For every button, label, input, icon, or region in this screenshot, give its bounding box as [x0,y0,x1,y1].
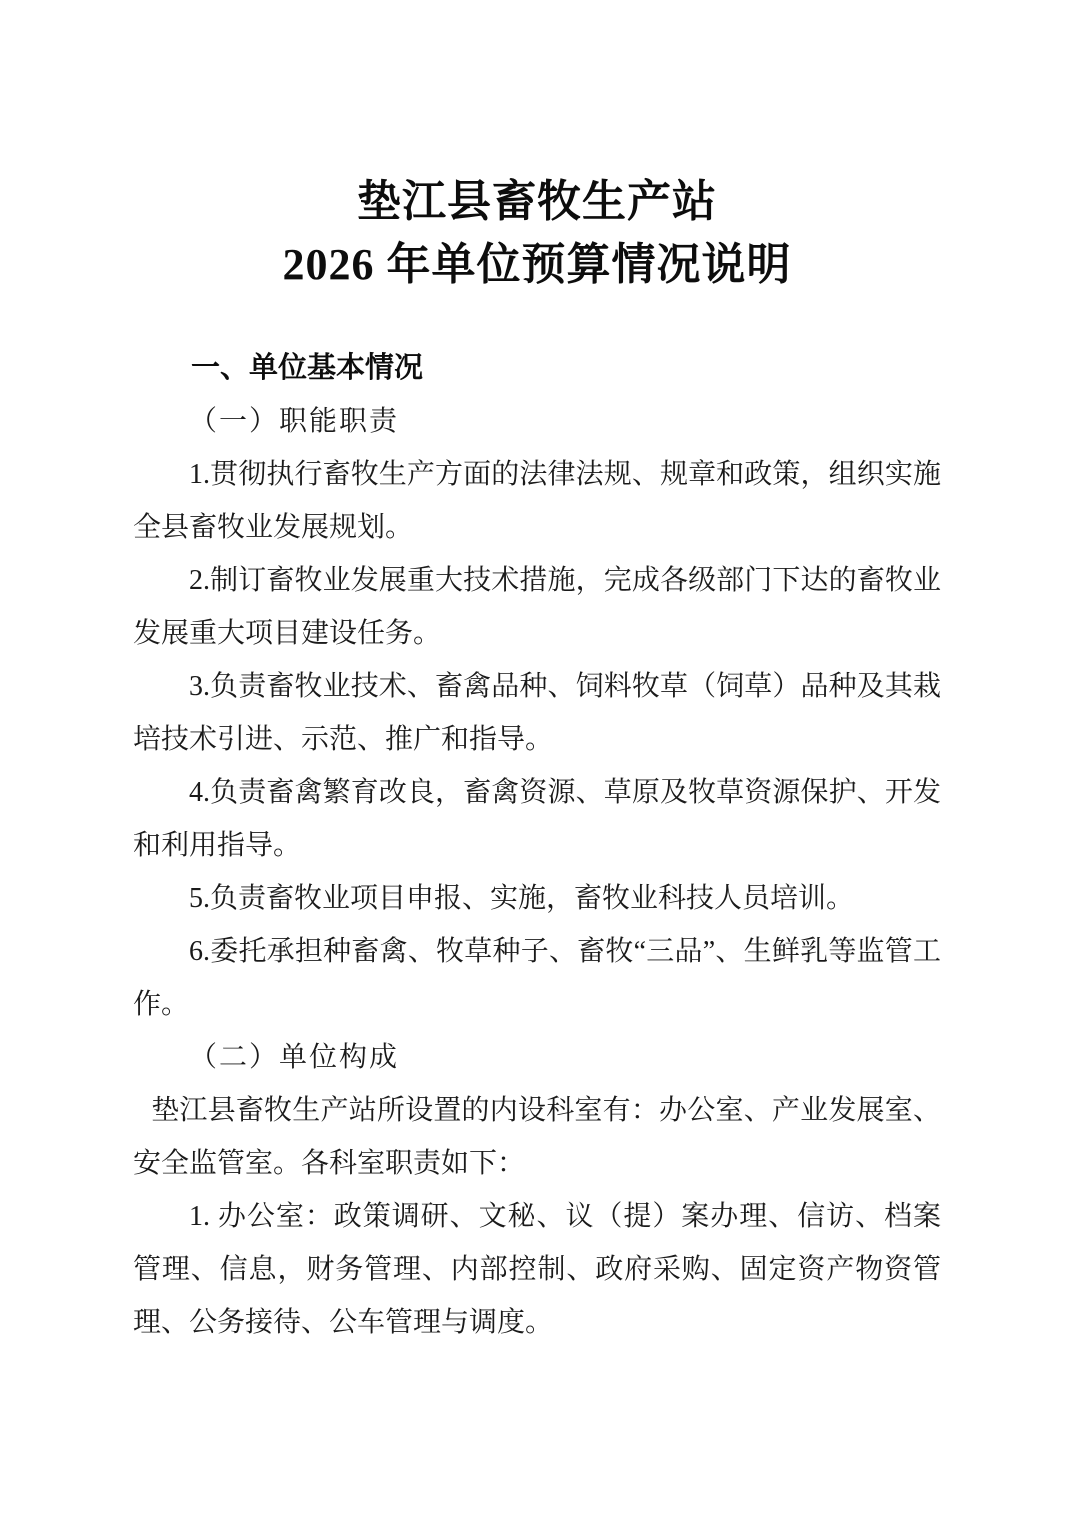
subsection-heading-duties: （一）职能职责 [133,395,941,448]
duty-item-3: 3.负责畜牧业技术、畜禽品种、饲料牧草（饲草）品种及其栽培技术引进、示范、推广和… [133,660,941,766]
duty-item-4: 4.负责畜禽繁育改良，畜禽资源、草原及牧草资源保护、开发和利用指导。 [133,766,941,872]
duty-item-2: 2.制订畜牧业发展重大技术措施，完成各级部门下达的畜牧业发展重大项目建设任务。 [133,554,941,660]
section-heading-basic-info: 一、单位基本情况 [133,342,941,395]
document-body: 一、单位基本情况 （一）职能职责 1.贯彻执行畜牧生产方面的法律法规、规章和政策… [133,342,941,1349]
duty-item-6: 6.委托承担种畜禽、牧草种子、畜牧“三品”、生鲜乳等监管工作。 [133,925,941,1031]
duty-item-5: 5.负责畜牧业项目申报、实施，畜牧业科技人员培训。 [133,872,941,925]
composition-intro: 垫江县畜牧生产站所设置的内设科室有：办公室、产业发展室、安全监管室。各科室职责如… [133,1084,941,1190]
document-title: 垫江县畜牧生产站 2026 年单位预算情况说明 [0,0,1074,296]
composition-item-office: 1. 办公室：政策调研、文秘、议（提）案办理、信访、档案管理、信息，财务管理、内… [133,1190,941,1349]
document-page: 垫江县畜牧生产站 2026 年单位预算情况说明 一、单位基本情况 （一）职能职责… [0,0,1074,1520]
duty-item-1: 1.贯彻执行畜牧生产方面的法律法规、规章和政策，组织实施全县畜牧业发展规划。 [133,448,941,554]
document-title-line1: 垫江县畜牧生产站 [0,170,1074,233]
subsection-heading-composition: （二）单位构成 [133,1031,941,1084]
document-title-line2: 2026 年单位预算情况说明 [0,233,1074,296]
